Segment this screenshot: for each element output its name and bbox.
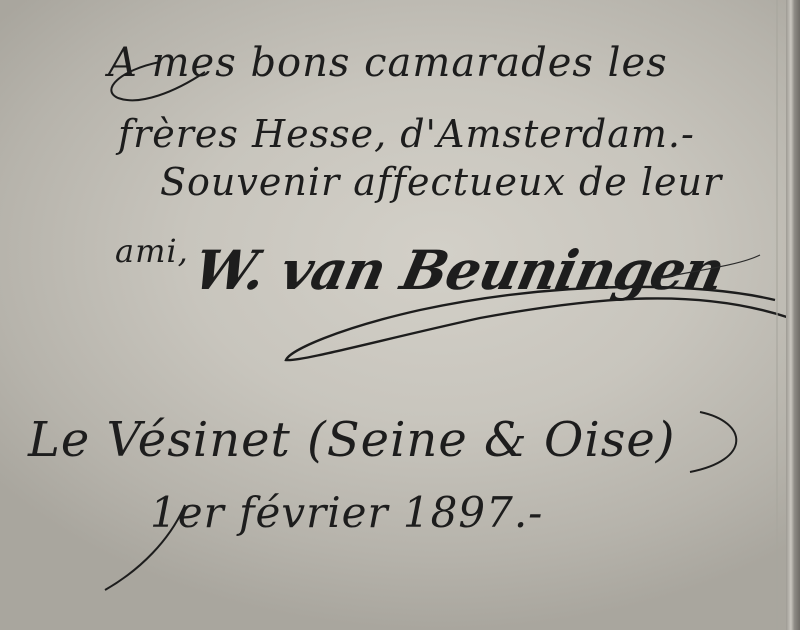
dedication-line-1: A mes bons camarades les <box>108 40 668 86</box>
book-binding-edge <box>786 0 800 630</box>
dedication-line-4: ami, <box>115 232 189 270</box>
place-line: Le Vésinet (Seine & Oise) <box>28 412 675 468</box>
document-page: A mes bons camarades les frères Hesse, d… <box>0 0 800 630</box>
signature: W. van Beuningen <box>188 238 730 302</box>
dedication-line-3: Souvenir affectueux de leur <box>160 160 722 204</box>
date-line: 1er février 1897.- <box>150 488 543 537</box>
dedication-line-2: frères Hesse, d'Amsterdam.- <box>118 112 695 156</box>
page-edge-line <box>776 0 778 630</box>
